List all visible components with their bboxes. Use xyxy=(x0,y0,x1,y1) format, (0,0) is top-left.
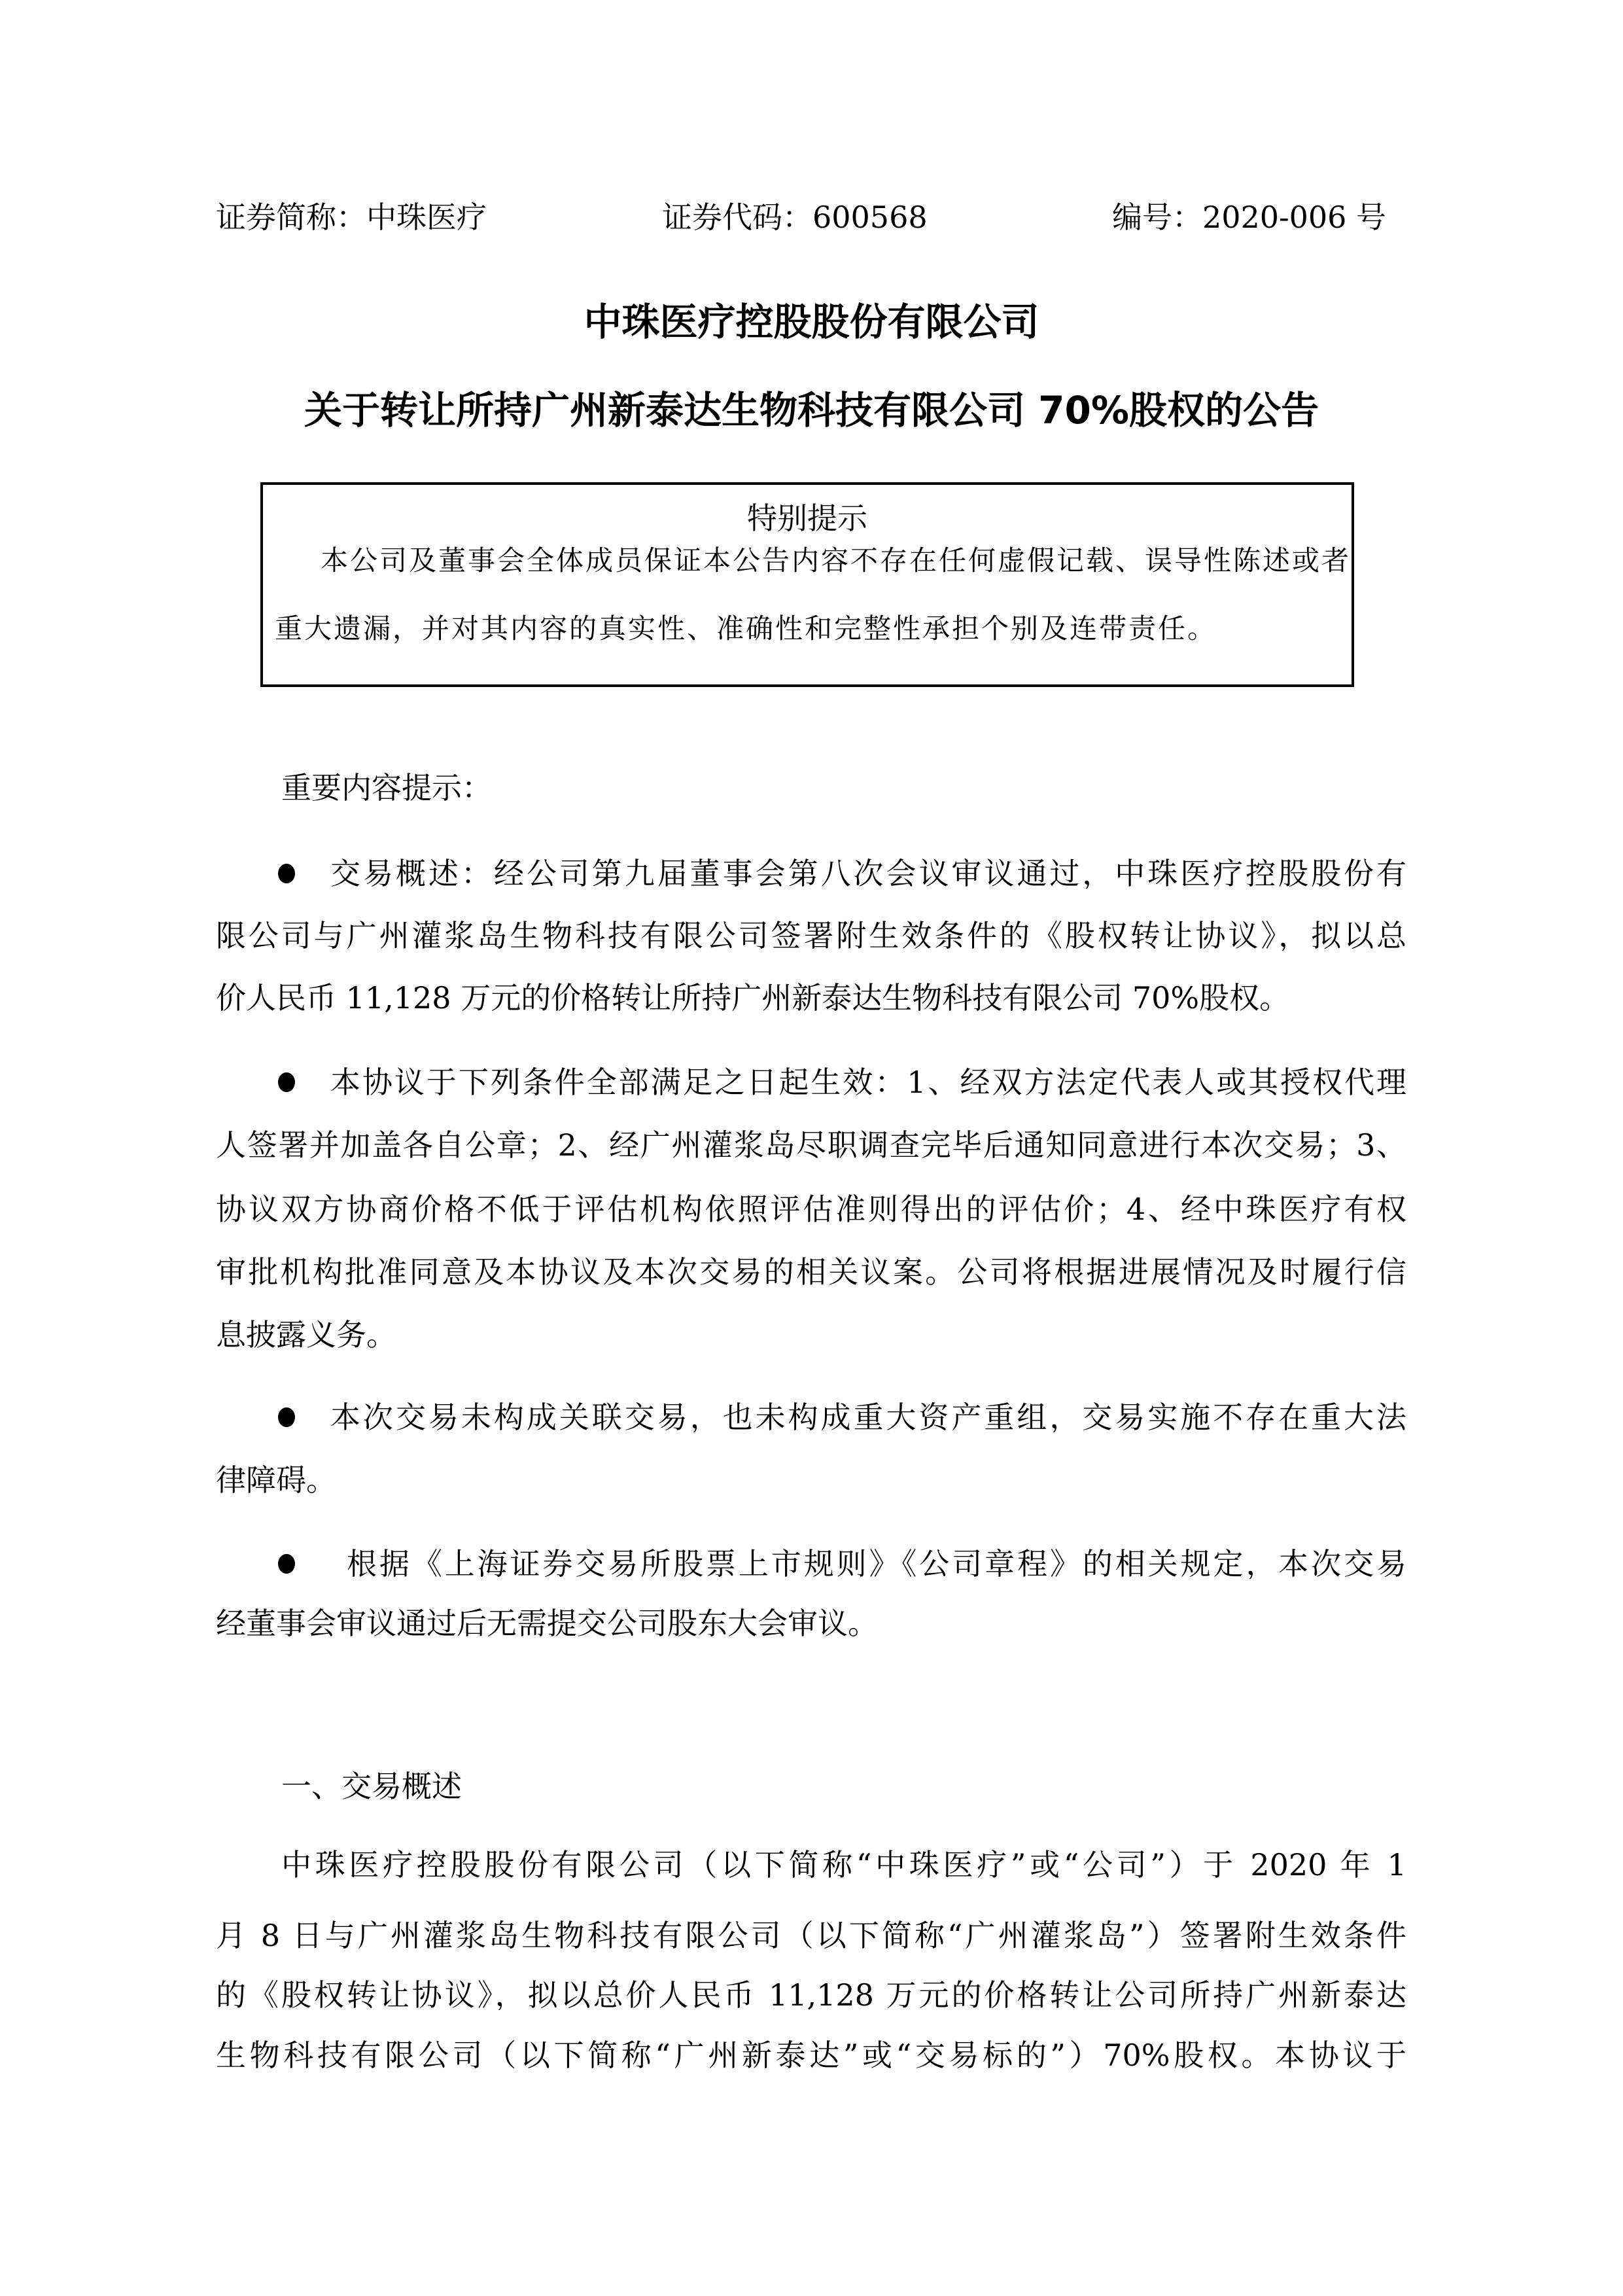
bullet-1-line: 交易概述：经公司第九届董事会第八次会议审议通过，中珠医疗控股股份有 xyxy=(330,858,1406,889)
bullet-2-line: 本协议于下列条件全部满足之日起生效：1、经双方法定代表人或其授权代理 xyxy=(330,1067,1406,1097)
company-title: 中珠医疗控股股份有限公司 xyxy=(0,303,1623,341)
bullet-icon xyxy=(278,1554,295,1574)
bullet-3-line: 本次交易未构成关联交易，也未构成重大资产重组，交易实施不存在重大法 xyxy=(330,1402,1406,1432)
bullet-2-line: 协议双方协商价格不低于评估机构依照评估准则得出的评估价；4、经中珠医疗有权 xyxy=(216,1194,1406,1224)
bullet-4-line: 根据《上海证券交易所股票上市规则》《公司章程》的相关规定，本次交易 xyxy=(347,1549,1406,1579)
stock-code: 证券代码：600568 xyxy=(662,202,928,232)
bullet-2-line: 人签署并加盖各自公章；2、经广州灌浆岛尽职调查完毕后通知同意进行本次交易；3、 xyxy=(216,1130,1406,1160)
bullet-3-line: 律障碍。 xyxy=(216,1465,336,1495)
bullet-icon xyxy=(278,1407,295,1427)
announcement-title: 关于转让所持广州新泰达生物科技有限公司 70%股权的公告 xyxy=(0,391,1623,429)
bullet-icon xyxy=(278,1072,295,1092)
section-1-heading: 一、交易概述 xyxy=(281,1771,462,1801)
announcement-serial-number: 编号：2020-006 号 xyxy=(1112,202,1386,232)
section-1-line: 月 8 日与广州灌浆岛生物科技有限公司（以下简称“广州灌浆岛”）签署附生效条件 xyxy=(216,1920,1406,1951)
section-1-line: 的《股权转让协议》，拟以总价人民币 11,128 万元的价格转让公司所持广州新泰… xyxy=(216,1980,1406,2010)
bullet-icon xyxy=(278,864,295,883)
bullet-4-line: 经董事会审议通过后无需提交公司股东大会审议。 xyxy=(216,1608,878,1638)
key-points-heading: 重要内容提示： xyxy=(281,773,492,803)
stock-abbreviation: 证券简称：中珠医疗 xyxy=(216,202,487,232)
bullet-2-line: 审批机构批准同意及本协议及本次交易的相关议案。公司将根据进展情况及时履行信 xyxy=(216,1257,1406,1287)
section-1-line: 生物科技有限公司（以下简称“广州新泰达”或“交易标的”）70%股权。本协议于 xyxy=(216,2040,1406,2070)
section-1-line: 中珠医疗控股股份有限公司（以下简称“中珠医疗”或“公司”）于 2020 年 1 xyxy=(281,1850,1406,1880)
special-notice-heading: 特别提示 xyxy=(263,503,1352,533)
bullet-1-line: 价人民币 11,128 万元的价格转让所持广州新泰达生物科技有限公司 70%股权… xyxy=(216,983,1289,1013)
bullet-2-line: 息披露义务。 xyxy=(216,1320,396,1350)
special-notice-line: 重大遗漏，并对其内容的真实性、准确性和完整性承担个别及连带责任。 xyxy=(275,615,1217,643)
special-notice-box: 特别提示 本公司及董事会全体成员保证本公告内容不存在任何虚假记载、误导性陈述或者… xyxy=(260,482,1354,687)
special-notice-line: 本公司及董事会全体成员保证本公告内容不存在任何虚假记载、误导性陈述或者 xyxy=(321,547,1351,574)
bullet-1-line: 限公司与广州灌浆岛生物科技有限公司签署附生效条件的《股权转让协议》，拟以总 xyxy=(216,921,1406,951)
